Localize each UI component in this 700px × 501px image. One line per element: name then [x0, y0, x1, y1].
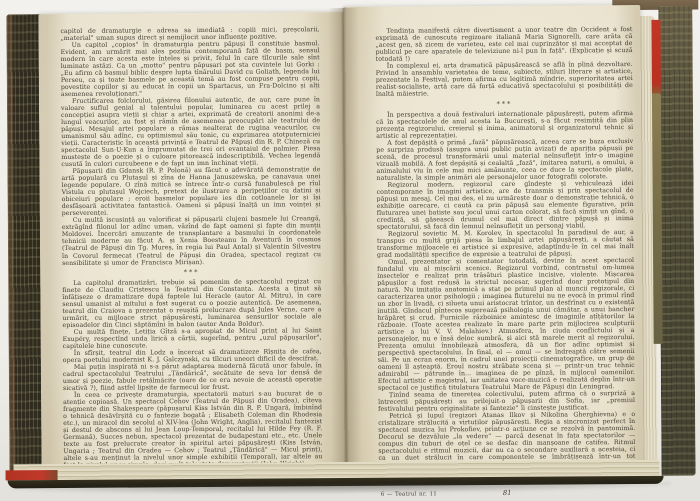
paragraph: Tendința manifestă către divertisment a … — [375, 26, 632, 63]
paragraph: Omul, prezentator și comentator totodată… — [377, 257, 635, 392]
page-edge-ribbon-tail — [652, 94, 663, 344]
paragraph: A fost depășită o primă „fază" păpușărea… — [376, 138, 633, 182]
paragraph: Cu multă iscusință au valorificat și păp… — [62, 216, 321, 267]
paragraph: Fructificarea folclorului, găsirea filon… — [61, 96, 320, 168]
right-page-paragraphs: Tendința manifestă către divertisment a … — [375, 26, 635, 483]
left-page-paragraphs: capitol de dramaturgie e adresa sa imedi… — [60, 26, 322, 469]
paragraph: Regizorul modern, regizorul care gîndeșt… — [377, 180, 634, 231]
open-book: capitol de dramaturgie e adresa sa imedi… — [0, 0, 700, 501]
paragraph: Regizorul sovietic M. M. Korolev, în spe… — [377, 229, 634, 259]
right-page: Tendința manifestă către divertisment a … — [343, 5, 643, 472]
left-page: capitol de dramaturgie e adresa sa imedi… — [38, 12, 346, 480]
red-page-edge-bottom — [6, 470, 58, 480]
section-separator: *** — [376, 100, 633, 109]
paragraph: Un capitol „copios" în dramaturgia pentr… — [61, 40, 320, 98]
paragraph: Cu multă finețe, Letiția Gîtză s-a aprop… — [63, 327, 322, 350]
book-cover-edge-right — [658, 6, 695, 476]
left-page-text-column: capitol de dramaturgie e adresa sa imedi… — [60, 26, 322, 486]
paragraph: În ceea ce privește dramaturgia, spectat… — [63, 390, 323, 469]
red-page-edge-ribbon — [651, 20, 661, 94]
right-page-text-column: Tendința manifestă către divertisment a … — [375, 26, 635, 500]
paragraph: La capitolul dramatizări, trebuie să pom… — [62, 278, 321, 329]
section-separator: *** — [62, 268, 321, 277]
paragraph: Mai puțin inspirată ni s-a părut adaptar… — [63, 362, 322, 392]
paragraph: În complexul ei, arta dramatică păpușăre… — [376, 61, 633, 98]
paragraph: Ținînd seama de tinerețea colectivului, … — [378, 390, 635, 413]
scanned-page-background: capitol de dramaturgie e adresa sa imedi… — [0, 0, 700, 501]
paragraph: În perspectiva a două festivaluri intern… — [376, 110, 633, 140]
paragraph: Păpușarii din Gdansk (R. P. Polonă) au f… — [61, 167, 320, 218]
